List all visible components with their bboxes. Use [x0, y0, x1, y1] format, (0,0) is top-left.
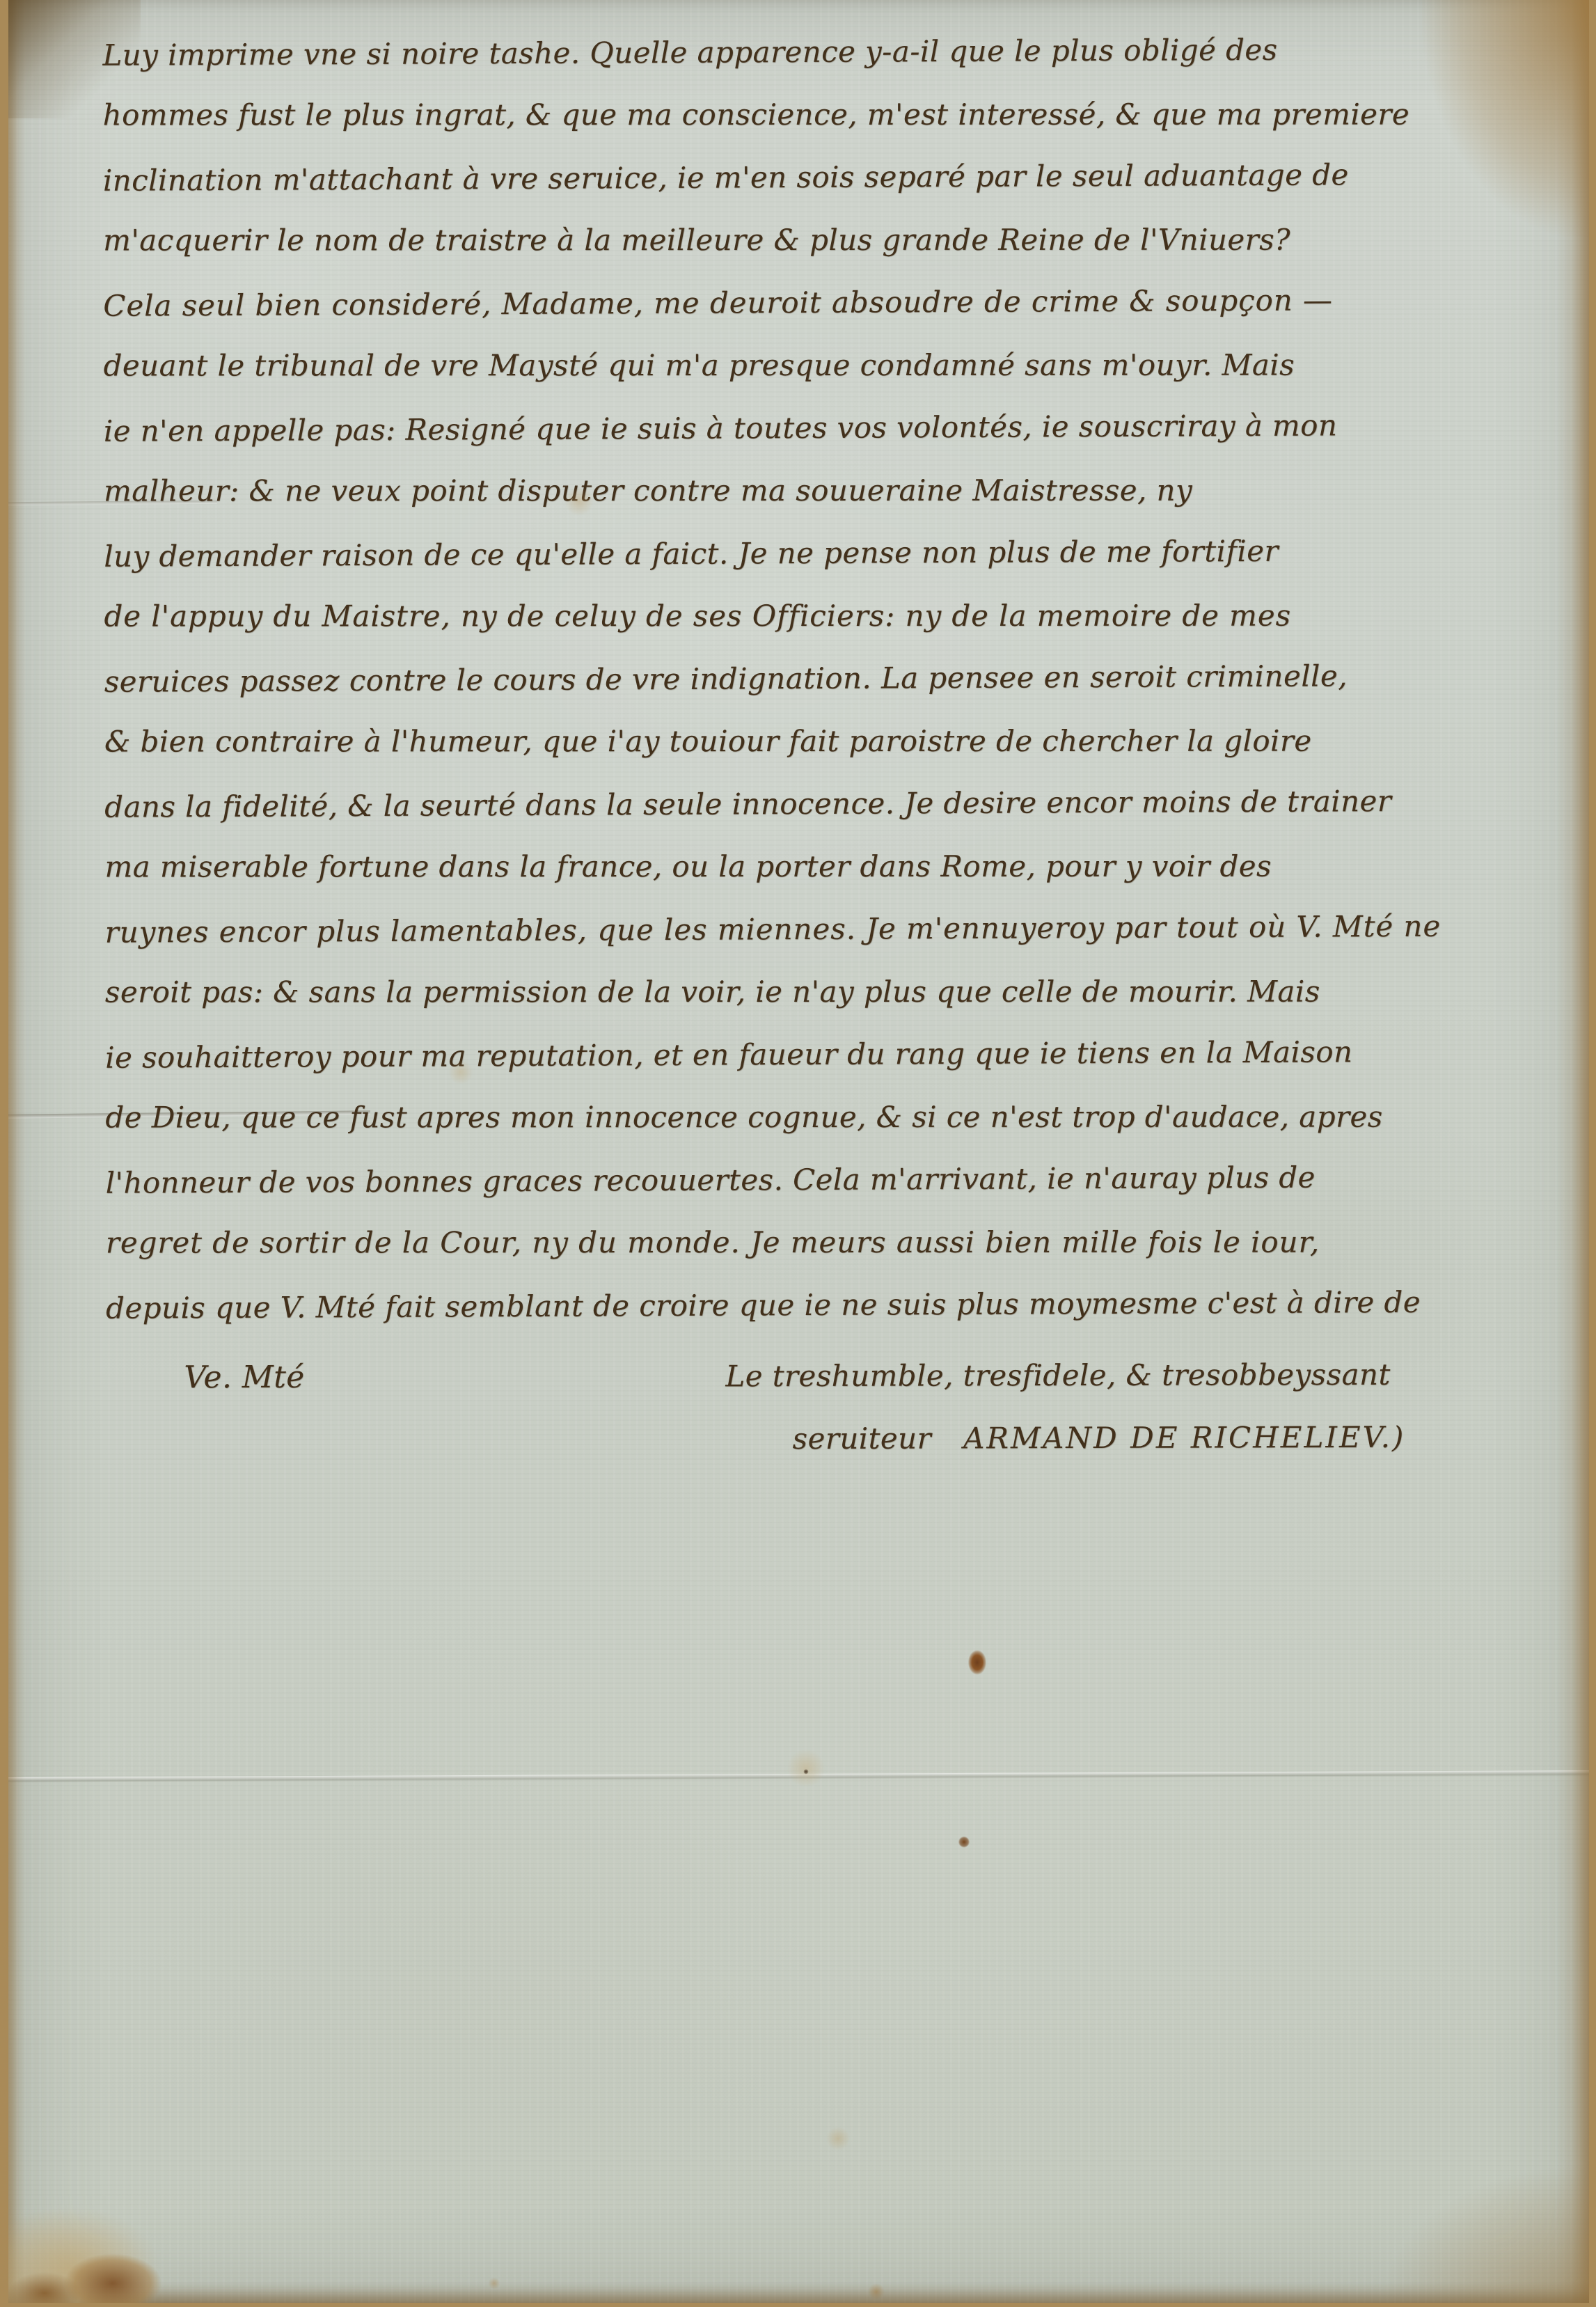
letter-line: malheur: & ne veux point disputer contre… [104, 459, 1517, 522]
letter-body: Luy imprime vne si noire tashe. Quelle a… [102, 19, 1519, 1338]
paper-edge-right [1557, 0, 1589, 2303]
manuscript-paper: Luy imprime vne si noire tashe. Quelle a… [8, 0, 1589, 2303]
letter-line: seroit pas: & sans la permission de la v… [105, 960, 1518, 1023]
valediction: Ve. Mté [184, 1346, 305, 1409]
letter-line: luy demander raison de ce qu'elle a faic… [104, 519, 1517, 588]
fold-crease-horizontal [8, 1770, 1589, 1783]
corner-stain-bottom-right [1380, 2164, 1589, 2303]
letter-line: depuis que V. Mté fait semblant de croir… [106, 1270, 1519, 1340]
letter-line: l'honneur de vos bonnes graces recouuert… [105, 1145, 1518, 1215]
corner-stain-bottom-left [8, 2094, 329, 2303]
closing-line: Le treshumble, tresfidele, & tresobbeyss… [725, 1343, 1519, 1408]
letter-line: de l'appuy du Maistre, ny de celuy de se… [104, 584, 1517, 647]
letter-text: Luy imprime vne si noire tashe. Quelle a… [102, 19, 1519, 1472]
signature-row: Ve. Mté Le treshumble, tresfidele, & tre… [106, 1343, 1519, 1472]
letter-line: de Dieu, que ce fust apres mon innocence… [105, 1085, 1518, 1149]
letter-line: ie souhaitteroy pour ma reputation, et e… [105, 1020, 1518, 1089]
photograph-of-letter: { "document": { "ink_color": "#42301b", … [0, 0, 1596, 2307]
letter-line: hommes fust le plus ingrat, & que ma con… [103, 83, 1516, 146]
letter-line: Cela seul bien consideré, Madame, me deu… [103, 268, 1516, 338]
letter-line: regret de sortir de la Cour, ny du monde… [106, 1211, 1519, 1274]
paper-edge-left [8, 0, 26, 2303]
signature-role: seruiteur [793, 1422, 932, 1456]
letter-line: Luy imprime vne si noire tashe. Quelle a… [102, 17, 1515, 87]
corner-stain-top-right [1422, 0, 1589, 237]
letter-line: seruices passez contre le cours de vre i… [104, 644, 1517, 714]
letter-line: ie n'en appelle pas: Resigné que ie suis… [104, 393, 1517, 463]
signature-name: ARMAND DE RICHELIEV.) [963, 1420, 1405, 1456]
letter-line: ma miserable fortune dans la france, ou … [104, 835, 1517, 898]
corner-stain-top-left [8, 0, 141, 118]
closing-block: Le treshumble, tresfidele, & tresobbeyss… [725, 1343, 1519, 1470]
signature-line: seruiteurARMAND DE RICHELIEV.) [725, 1406, 1519, 1470]
letter-line: m'acquerir le nom de traistre à la meill… [103, 208, 1516, 271]
letter-line: dans la fidelité, & la seurté dans la se… [104, 769, 1517, 839]
letter-line: inclination m'attachant à vre seruice, i… [103, 143, 1516, 212]
letter-line: & bien contraire à l'humeur, que i'ay to… [104, 709, 1517, 773]
letter-line: deuant le tribunal de vre Maysté qui m'a… [104, 333, 1517, 397]
letter-line: ruynes encor plus lamentables, que les m… [104, 895, 1517, 964]
